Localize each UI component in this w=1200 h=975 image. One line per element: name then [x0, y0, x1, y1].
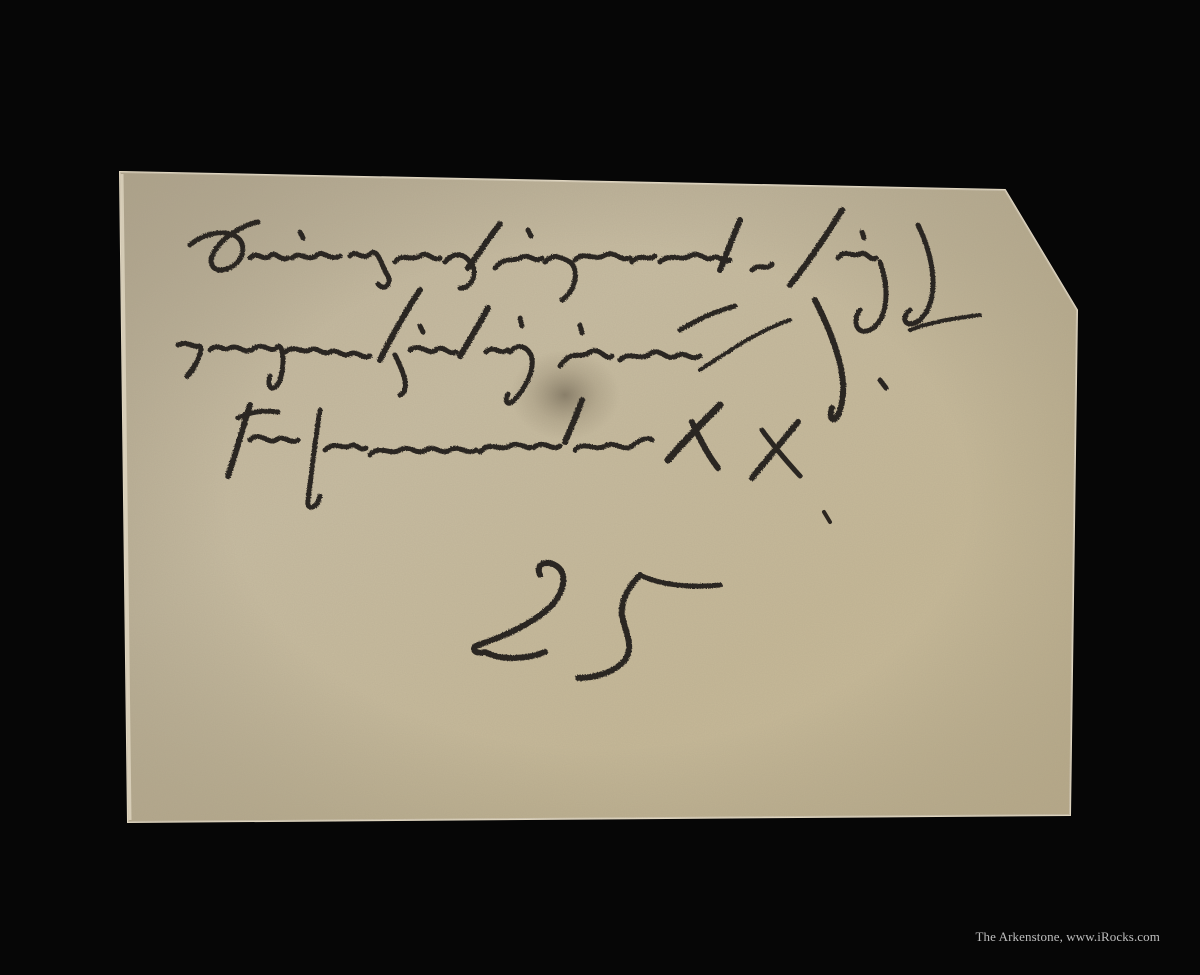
mineral-label-card — [0, 0, 1200, 975]
watermark-credit: The Arkenstone, www.iRocks.com — [976, 929, 1161, 945]
photo-background: Säulenförmiger Schörl gegenseitig durch-… — [0, 0, 1200, 975]
